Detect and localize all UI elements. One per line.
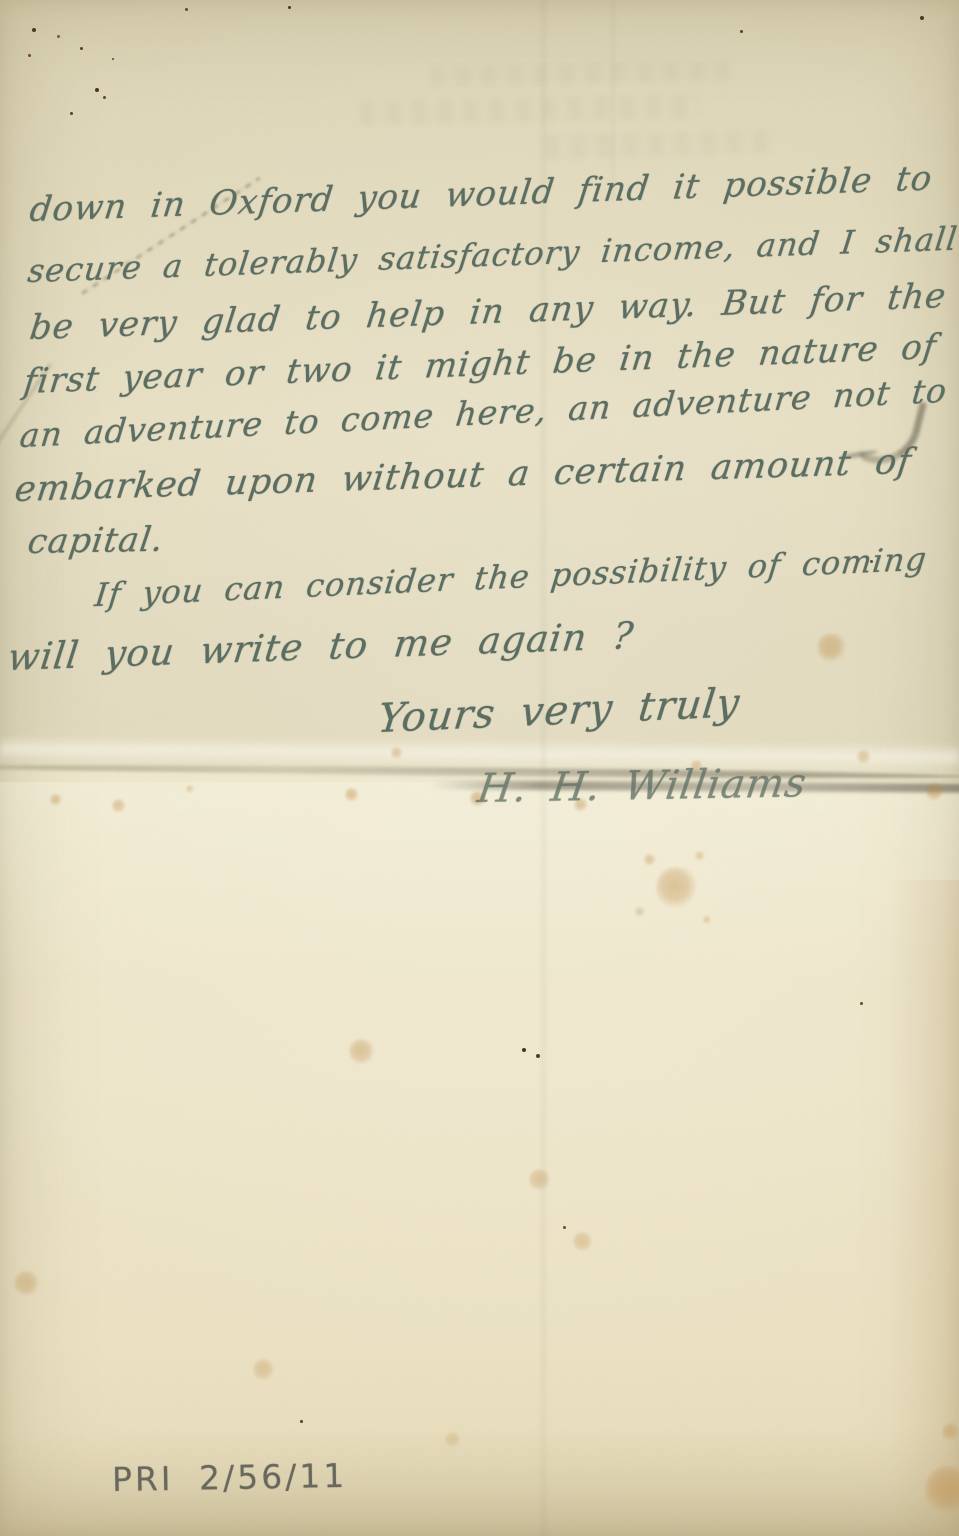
foxing-stain [14,1271,40,1297]
foxing-stain [529,1169,551,1191]
foxing-stain [635,907,645,917]
foxing-stain [445,1432,461,1448]
paper-speck [185,8,188,11]
foxing-stain [186,785,194,793]
paper-speck [300,1420,303,1423]
paper-speck [57,35,60,38]
foxing-stain [644,854,656,866]
paper-speck [32,28,36,32]
paper-speck [28,54,31,57]
foxing-stain [857,750,871,764]
bleedthrough-ghost-line [545,129,776,159]
foxing-stain [112,799,126,813]
paper-speck [80,47,83,50]
foxing-stain [50,794,62,806]
bleedthrough-ghost-line [360,95,700,125]
paper-speck [860,1002,863,1005]
handwriting-line: Yours very truly [375,680,742,742]
foxing-stain [345,788,359,802]
handwriting-line: If you can consider the possibility of c… [93,540,929,615]
foxing-stain [573,1232,593,1252]
letter-page: down in Oxford you would find it possibl… [0,0,959,1536]
handwriting-line: embarked upon without a certain amount o… [12,442,914,510]
paper-speck [103,96,106,99]
paper-speck [920,16,924,20]
foxing-stain [695,851,705,861]
foxing-stain [926,783,944,801]
foxing-stain [253,1359,275,1381]
bleedthrough-ghost-line [430,61,730,86]
paper-shading-below-fold [0,782,959,1012]
foxing-stain [656,867,698,909]
paper-speck [70,112,73,115]
paper-speck [536,1054,540,1058]
paper-speck [740,30,743,33]
paper-speck [112,58,114,60]
foxing-stain [349,1039,375,1065]
foxing-stain [925,1466,959,1514]
paper-speck [95,88,99,92]
archive-reference: PRI 2/56/11 [112,1456,348,1499]
handwriting-line: H. H. Williams [475,760,810,812]
paper-speck [522,1048,526,1052]
handwriting-line: down in Oxford you would find it possibl… [28,158,935,230]
foxing-stain [942,1423,959,1441]
foxing-stain [703,916,711,924]
foxing-stain [391,747,403,759]
handwriting-line: capital. [25,520,166,562]
paper-speck [563,1226,566,1229]
paper-speck [288,6,291,9]
foxing-stain [817,633,847,663]
